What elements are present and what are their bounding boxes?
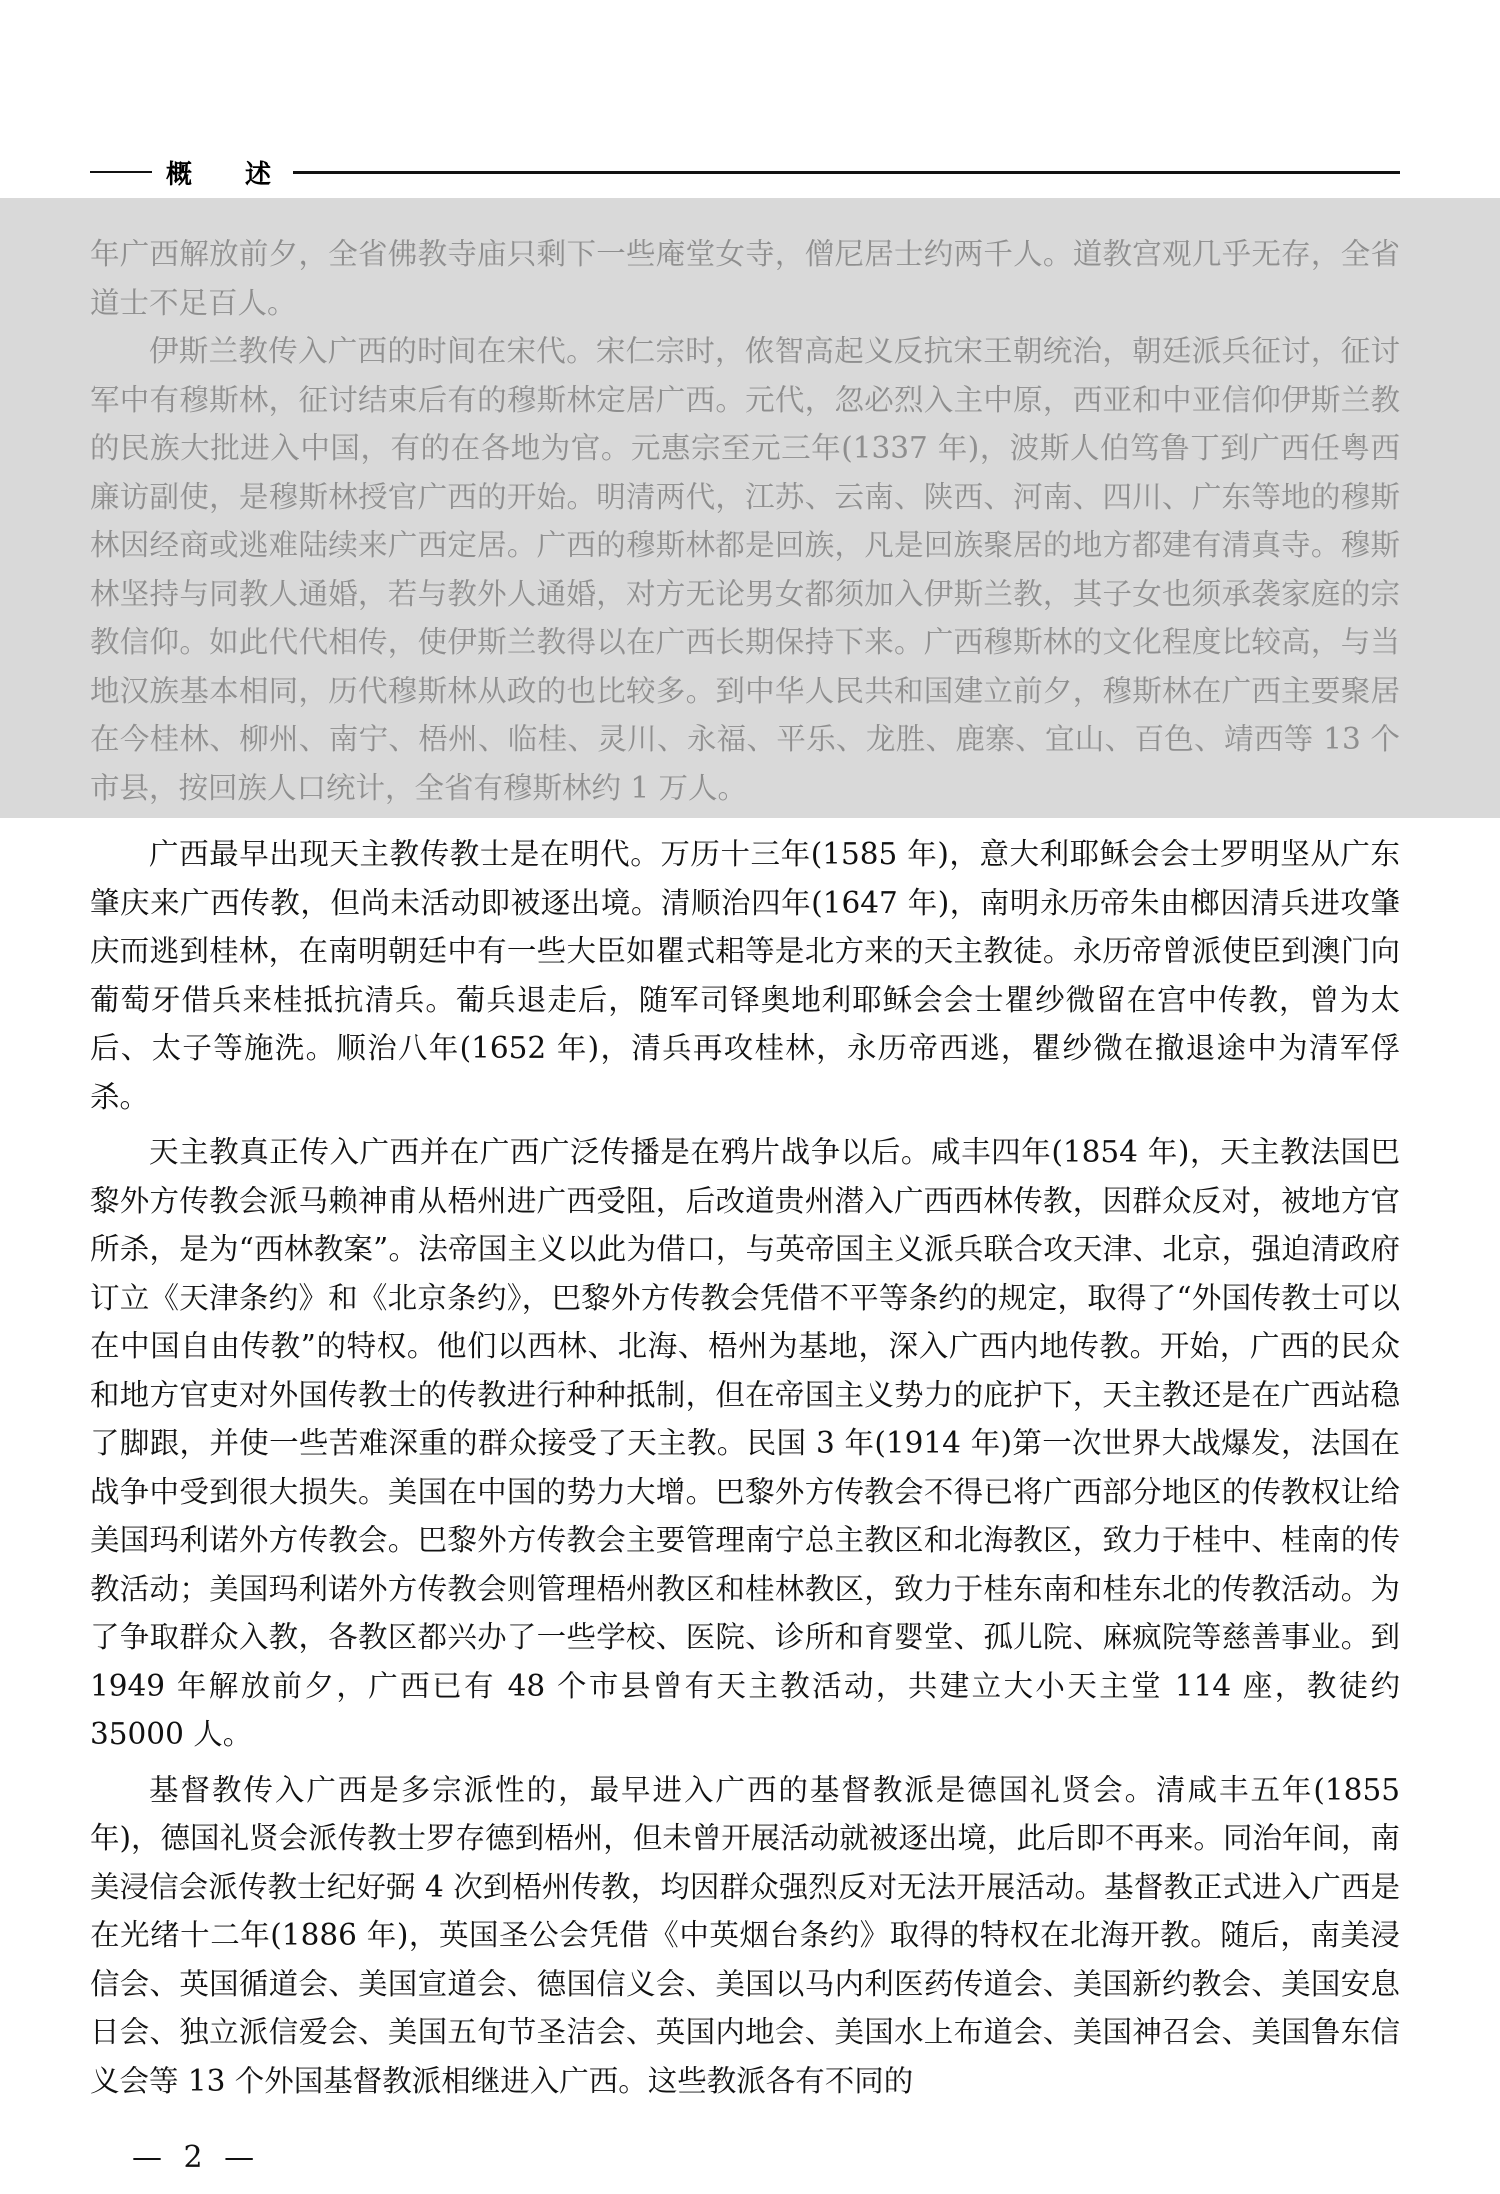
paragraph: 年广西解放前夕，全省佛教寺庙只剩下一些庵堂女寺，僧尼居士约两千人。道教宫观几乎无…	[90, 230, 1400, 327]
running-header: 概 述	[90, 156, 1400, 188]
header-rule	[293, 171, 1400, 174]
header-dash	[90, 171, 152, 173]
highlighted-text-block: 年广西解放前夕，全省佛教寺庙只剩下一些庵堂女寺，僧尼居士约两千人。道教宫观几乎无…	[90, 230, 1400, 812]
page-number: — 2 —	[132, 2140, 260, 2175]
paragraph: 伊斯兰教传入广西的时间在宋代。宋仁宗时，侬智高起义反抗宋王朝统治，朝廷派兵征讨，…	[90, 327, 1400, 812]
paragraph: 基督教传入广西是多宗派性的，最早进入广西的基督教派是德国礼贤会。清咸丰五年(18…	[90, 1766, 1400, 2106]
paragraph: 天主教真正传入广西并在广西广泛传播是在鸦片战争以后。咸丰四年(1854 年)，天…	[90, 1128, 1400, 1759]
main-text-block: 广西最早出现天主教传教士是在明代。万历十三年(1585 年)，意大利耶稣会会士罗…	[90, 830, 1400, 2112]
paragraph: 广西最早出现天主教传教士是在明代。万历十三年(1585 年)，意大利耶稣会会士罗…	[90, 830, 1400, 1121]
section-title: 概 述	[166, 154, 293, 191]
